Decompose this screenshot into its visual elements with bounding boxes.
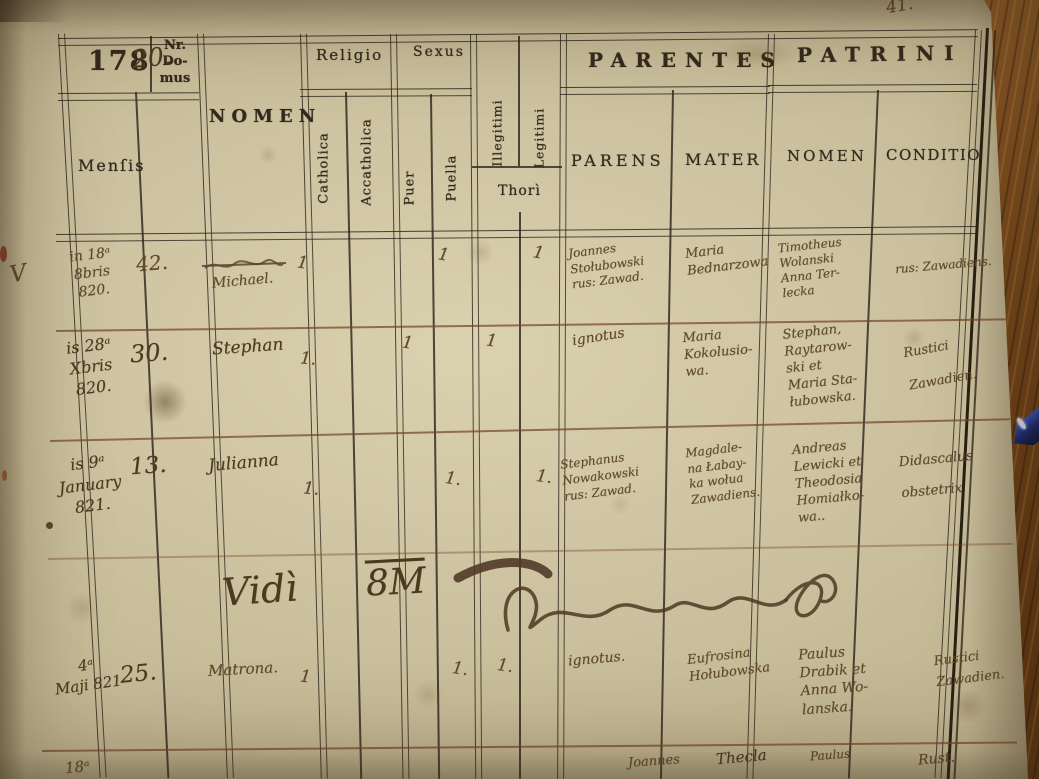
entry4-conditio: Rustici Zawadien. (933, 644, 1006, 694)
entry2-mater: Maria Kokolusio- wa. (682, 325, 755, 381)
entry2-conditio: Rustici Zawadien. (901, 327, 980, 403)
entry5-conditio: Rust. (917, 748, 955, 769)
wax-spot (0, 246, 7, 262)
entry2-patrini-nomen: Stephan, Raytarow- ski et Maria Sta- łub… (782, 321, 860, 412)
entry5-date: 18ᵃ (64, 757, 91, 779)
entry3-legitimi-mark: 1. (535, 465, 554, 489)
header-patrini: PATRINI (797, 41, 964, 67)
visitation-vidi: Vidì (220, 563, 299, 618)
entry2-date: is 28ᵃ Xbris 820. (47, 331, 136, 403)
entry1-house-nr: 42. (135, 249, 169, 278)
header-thori: Thorì (498, 183, 541, 199)
col-sep-thori-lower (519, 212, 521, 779)
entry3-mater: Magdale- na Łabay- ka wołua Zawadiens. (684, 438, 760, 508)
thori-box-rule (472, 166, 562, 168)
entry3-catholica-mark: 1. (302, 477, 320, 500)
entry2-catholica-mark: 1. (299, 347, 317, 370)
wax-spot-2 (2, 470, 7, 481)
entry1-patrini-nomen: Timotheus Wolanski Anna Ter- lecka (777, 235, 847, 301)
header-illegitimi: Illegitimi (490, 99, 505, 166)
header-religio: Religio (316, 46, 383, 64)
header-puella: Puella (445, 155, 460, 202)
entry3-parens: Stephanus Nowakowski rus: Zawad. (559, 447, 642, 505)
entry4-house-nr: 25. (119, 658, 159, 692)
header-puer: Puer (403, 170, 418, 205)
header-legitimi: Legitimi (532, 108, 547, 169)
entry4-name: Matrona. (208, 658, 279, 681)
entry1-parens: Joannes Stołubowski rus: Zawad. (567, 238, 646, 293)
header-conditio: CONDITIO (886, 146, 981, 164)
ink-spot (46, 522, 53, 529)
entry3-patrini-nomen: Andreas Lewicki et Theodosia Homiałko- w… (791, 437, 866, 527)
header-sexus: Sexus (413, 44, 465, 60)
entry4-puella-mark: 1. (451, 657, 470, 681)
entry3-conditio: Didascalus obstetrix (897, 441, 976, 509)
header-parens: PARENS (571, 151, 665, 170)
entry2-house-nr: 30. (129, 337, 169, 371)
header-rule-parentes (560, 86, 770, 95)
entry3-puella-mark: 1. (444, 467, 463, 491)
col-sep-illegitimi-legitimi (518, 36, 520, 166)
entry4-patrini-nomen: Paulus Drabik et Anna Wo- lanska. (798, 642, 870, 719)
header-mater: MATER (685, 150, 761, 169)
header-nr-domus: Nr. Do- mus (154, 38, 196, 87)
entry4-illegitimi-mark: 1. (496, 654, 515, 678)
register-photo: 41. V 178 20. Nr. Do- mus Menſis NOMEN R… (0, 0, 1039, 779)
header-rule-patrini (768, 84, 977, 93)
entry3-house-nr: 13. (129, 451, 168, 483)
header-nomen: NOMEN (209, 106, 321, 127)
entry5-patrini-nomen: Paulus (810, 747, 851, 765)
entry3-date: is 9ᵃ January 821. (44, 447, 135, 522)
entry4-catholica-mark: 1 (299, 665, 312, 688)
visitation-signature-flourish (430, 548, 870, 653)
header-accatholica: Accatholica (360, 118, 375, 205)
header-catholica: Catholica (317, 132, 332, 203)
entry5-parens: Joannes (627, 752, 680, 772)
page-corner-shadow (0, 0, 90, 22)
header-rule-religio-sexus (300, 88, 472, 97)
header-rule-year (58, 92, 199, 101)
header-patrini-nomen: NOMEN (787, 147, 867, 165)
header-parentes: PARENTES (588, 48, 784, 72)
entry1-date: in 18ᵃ 8bris 820. (49, 241, 135, 305)
visitation-number: 8M (365, 558, 427, 608)
header-mensis: Menſis (78, 156, 145, 175)
